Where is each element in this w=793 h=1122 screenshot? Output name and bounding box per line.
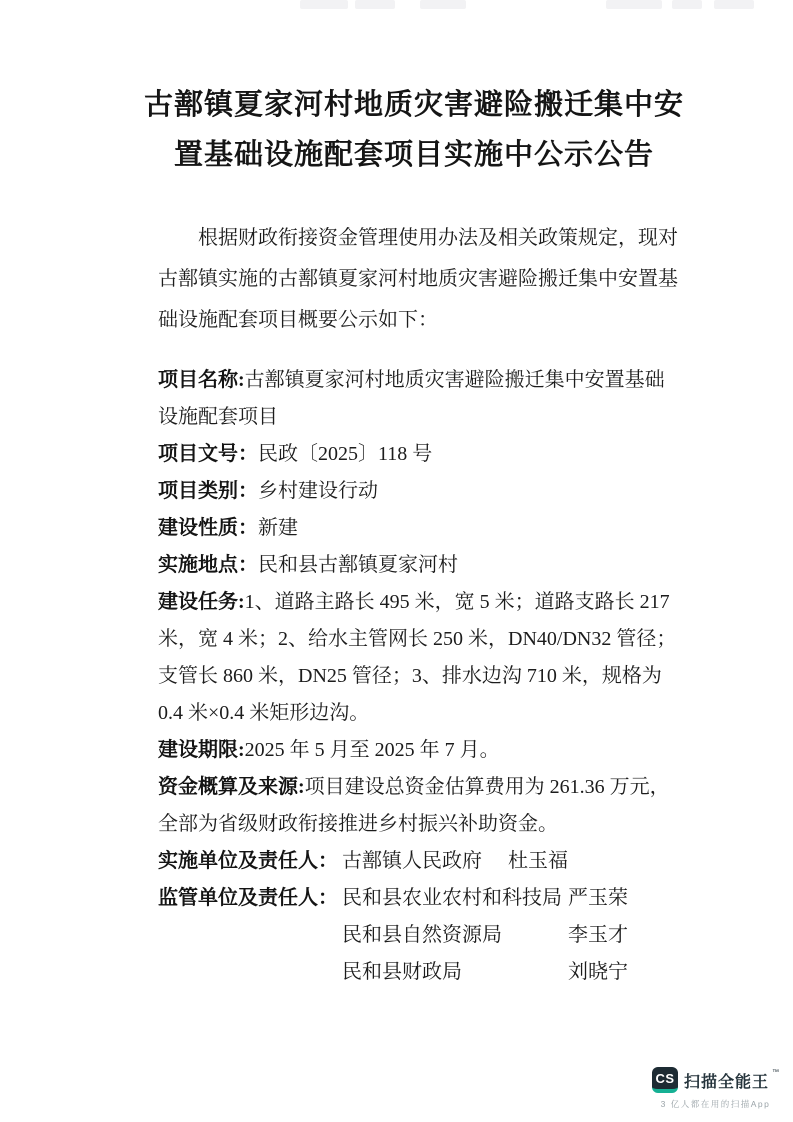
row-implementing-unit: 实施单位及责任人： 古鄯镇人民政府 杜玉福 (158, 843, 682, 880)
unit-name: 民和县自然资源局 (342, 917, 568, 954)
field-label: 实施地点： (158, 554, 258, 576)
field-budget-and-source: 资金概算及来源:项目建设总资金估算费用为 261.36 万元，全部为省级财政衔接… (158, 769, 682, 843)
person-name: 刘晓宁 (568, 954, 628, 991)
field-construction-tasks: 建设任务:1、道路主路长 495 米，宽 5 米；道路支路长 217 米，宽 4… (158, 584, 682, 732)
camscanner-app-name: 扫描全能王 (684, 1069, 769, 1092)
row-label: 实施单位及责任人： (158, 843, 342, 880)
camscanner-tagline: 3 亿人都在用的扫描App (652, 1098, 779, 1110)
camscanner-watermark: CS 扫描全能王 ™ 3 亿人都在用的扫描App (652, 1067, 779, 1110)
row-label (158, 954, 342, 991)
row-label (158, 917, 342, 954)
row-supervising-unit: 监管单位及责任人： 民和县农业农村和科技局 严玉荣 (158, 880, 682, 917)
field-value: 2025 年 5 月至 2025 年 7 月。 (245, 739, 500, 761)
unit-name: 民和县财政局 (342, 954, 568, 991)
field-label: 项目文号： (158, 443, 258, 465)
person-name: 严玉荣 (568, 880, 628, 917)
scan-bleed-mark (300, 0, 348, 9)
row-supervising-unit: 民和县财政局 刘晓宁 (158, 954, 682, 991)
field-project-category: 项目类别：乡村建设行动 (158, 473, 682, 510)
field-label: 建设期限: (158, 739, 245, 761)
notice-title: 古鄯镇夏家河村地质灾害避险搬迁集中安置基础设施配套项目实施中公示公告 (134, 80, 694, 180)
scan-bleed-mark (606, 0, 662, 9)
field-value: 民和县古鄯镇夏家河村 (258, 554, 458, 576)
field-implementation-location: 实施地点：民和县古鄯镇夏家河村 (158, 547, 682, 584)
person-name: 李玉才 (568, 917, 628, 954)
field-construction-period: 建设期限:2025 年 5 月至 2025 年 7 月。 (158, 732, 682, 769)
field-project-name: 项目名称:古鄯镇夏家河村地质灾害避险搬迁集中安置基础设施配套项目 (158, 362, 682, 436)
field-value: 新建 (258, 517, 298, 539)
camscanner-logo-icon: CS (652, 1067, 678, 1093)
unit-name: 古鄯镇人民政府 (342, 843, 508, 880)
field-label: 建设性质： (158, 517, 258, 539)
unit-name: 民和县农业农村和科技局 (342, 880, 568, 917)
field-value: 民政〔2025〕118 号 (258, 443, 432, 465)
field-label: 资金概算及来源: (158, 776, 305, 798)
trademark-mark: ™ (772, 1069, 779, 1076)
intro-paragraph: 根据财政衔接资金管理使用办法及相关政策规定，现对古鄯镇实施的古鄯镇夏家河村地质灾… (158, 218, 682, 341)
camscanner-watermark-row: CS 扫描全能王 ™ (652, 1067, 779, 1093)
scan-bleed-mark (672, 0, 702, 9)
field-value: 乡村建设行动 (258, 480, 378, 502)
scan-bleed-mark (420, 0, 466, 9)
field-label: 建设任务: (158, 591, 245, 613)
row-supervising-unit: 民和县自然资源局 李玉才 (158, 917, 682, 954)
scan-bleed-mark (714, 0, 754, 9)
field-construction-nature: 建设性质：新建 (158, 510, 682, 547)
person-name: 杜玉福 (508, 843, 568, 880)
field-label: 项目名称: (158, 369, 245, 391)
row-label: 监管单位及责任人： (158, 880, 342, 917)
scan-bleed-mark (355, 0, 395, 9)
scanned-document-page: 古鄯镇夏家河村地质灾害避险搬迁集中安置基础设施配套项目实施中公示公告 根据财政衔… (0, 0, 793, 1122)
project-fields: 项目名称:古鄯镇夏家河村地质灾害避险搬迁集中安置基础设施配套项目 项目文号：民政… (158, 362, 682, 991)
camscanner-logo-text: CS (655, 1071, 674, 1086)
field-label: 项目类别： (158, 480, 258, 502)
field-document-number: 项目文号：民政〔2025〕118 号 (158, 436, 682, 473)
